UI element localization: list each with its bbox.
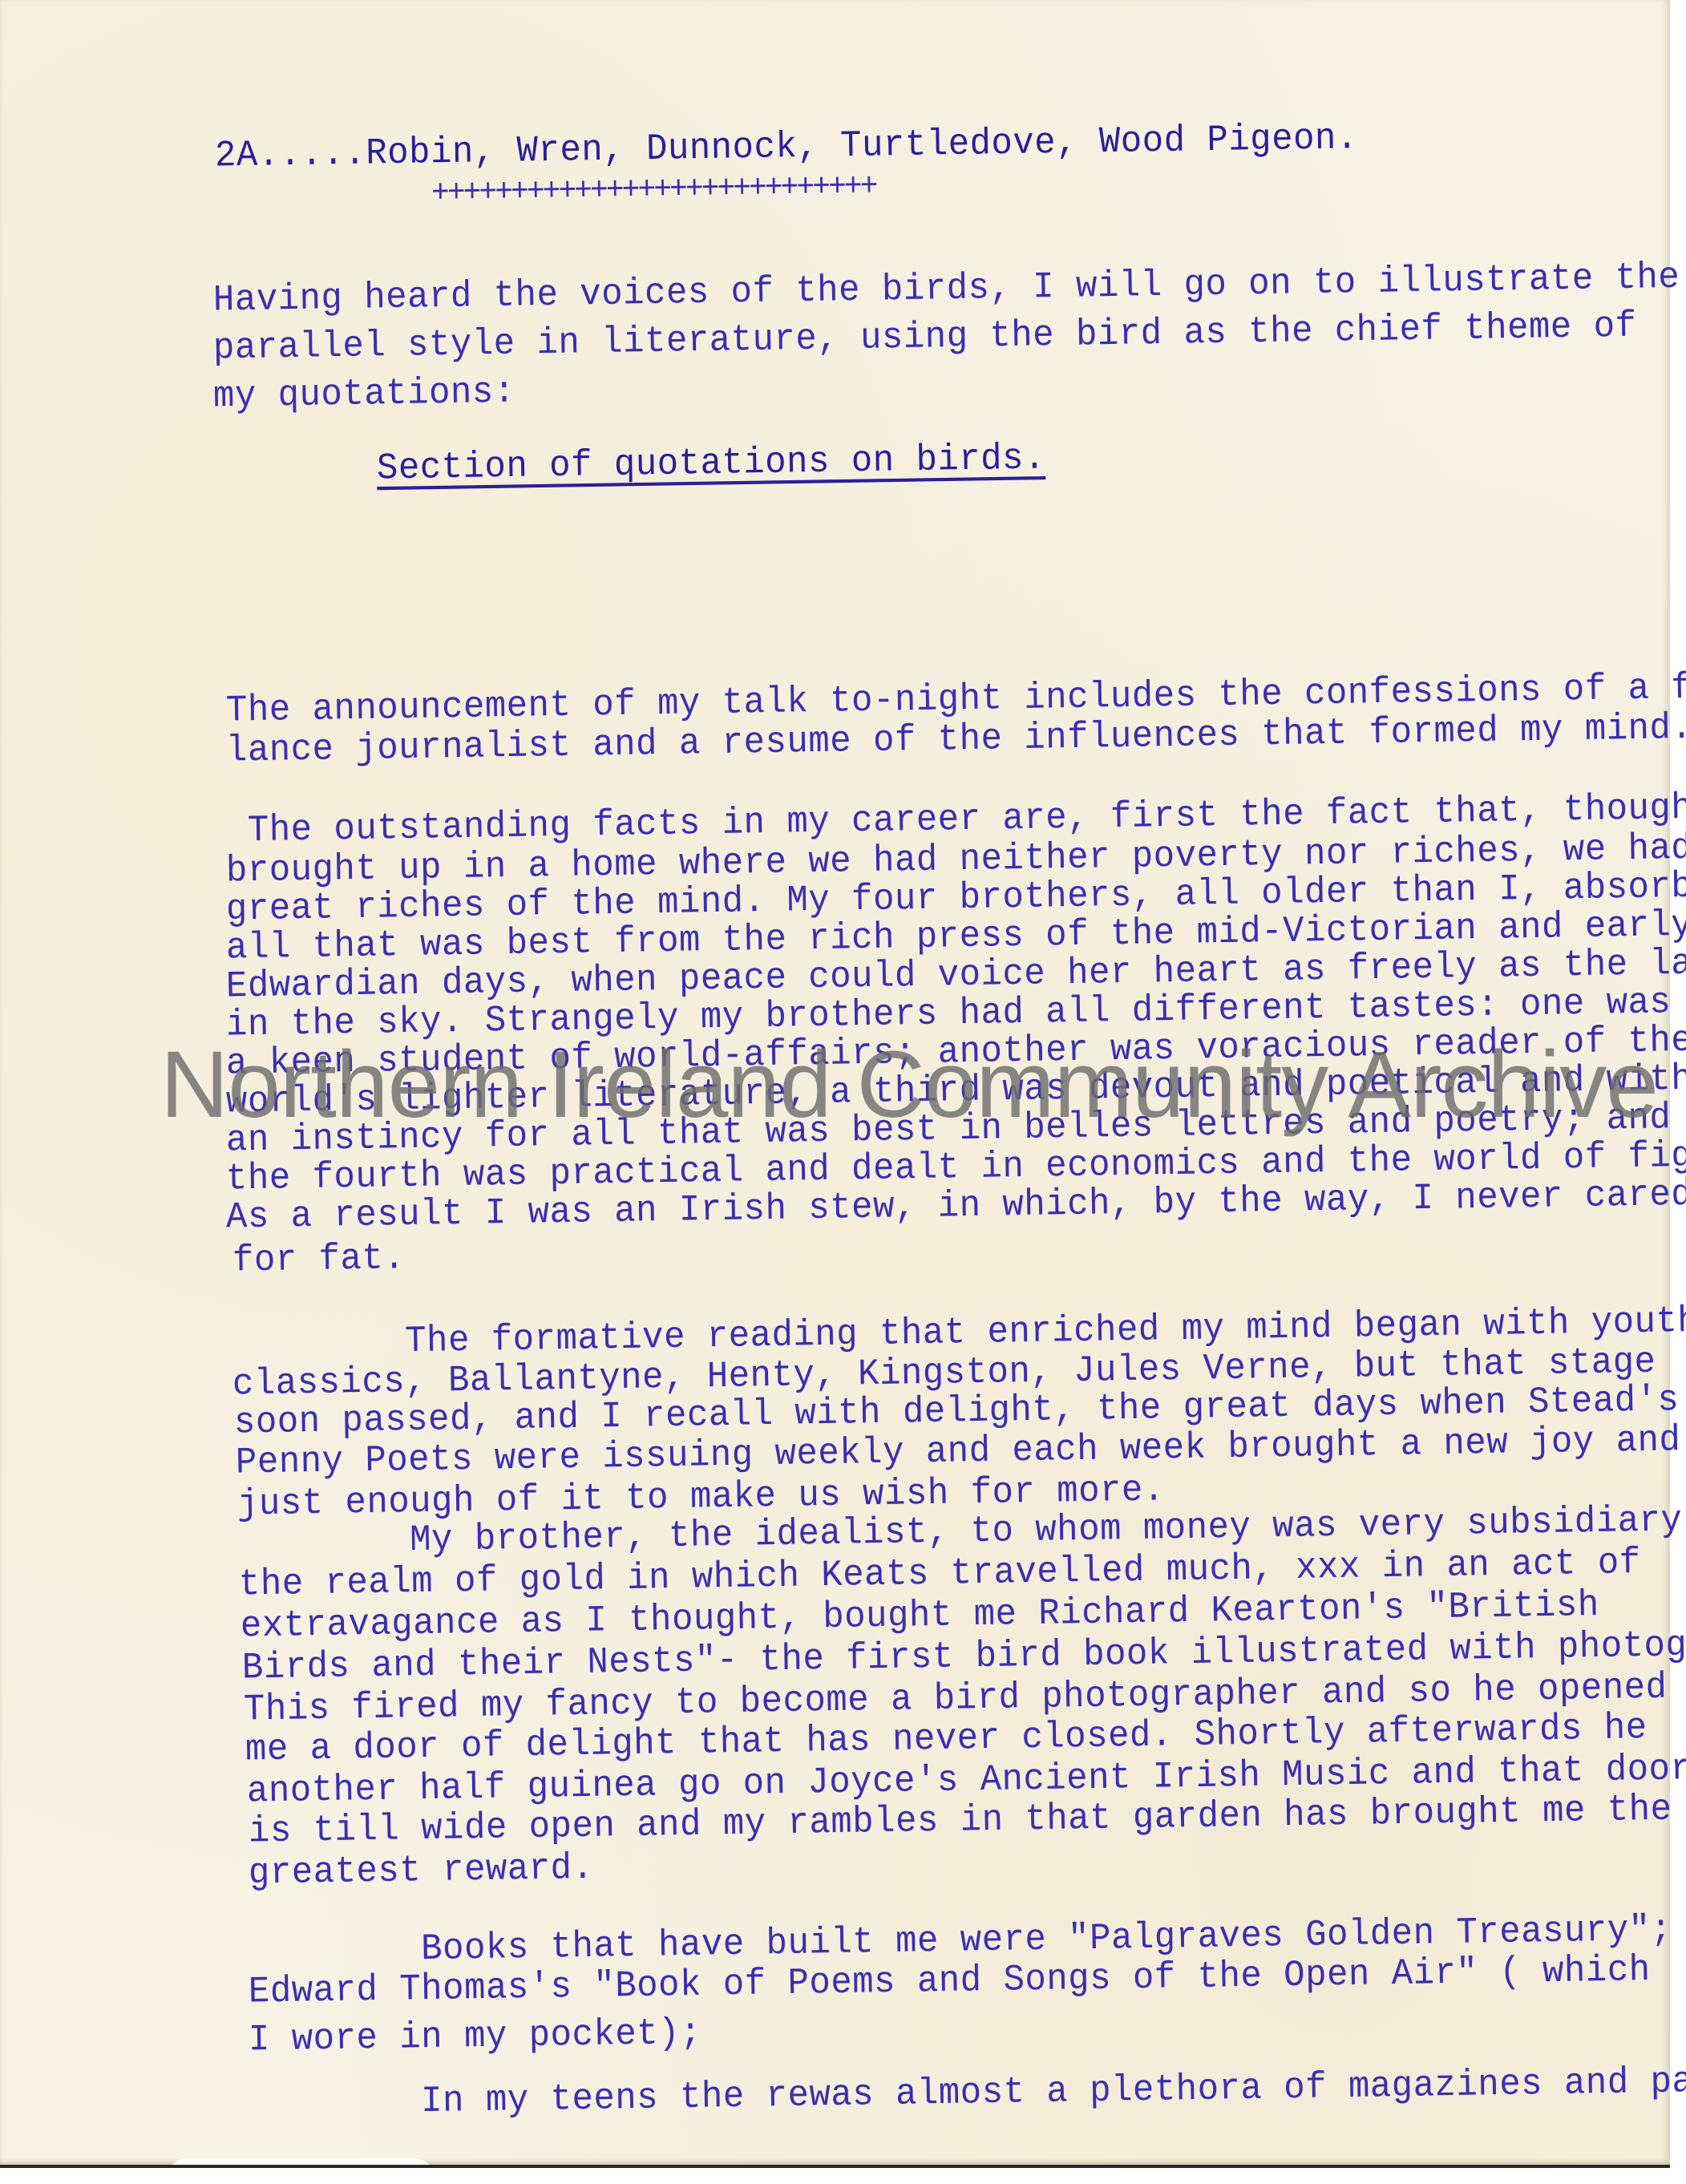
page-bottom-edge: [0, 2165, 1670, 2168]
torn-corner: [164, 2158, 437, 2184]
intro-line: my quotations:: [213, 371, 516, 418]
body-line: for fat.: [232, 1237, 406, 1282]
body-line: I wore in my pocket);: [249, 2012, 702, 2061]
heading-separator: ++++++++++++++++++++++++++++: [431, 168, 876, 212]
body-line: greatest reward.: [249, 1847, 594, 1895]
